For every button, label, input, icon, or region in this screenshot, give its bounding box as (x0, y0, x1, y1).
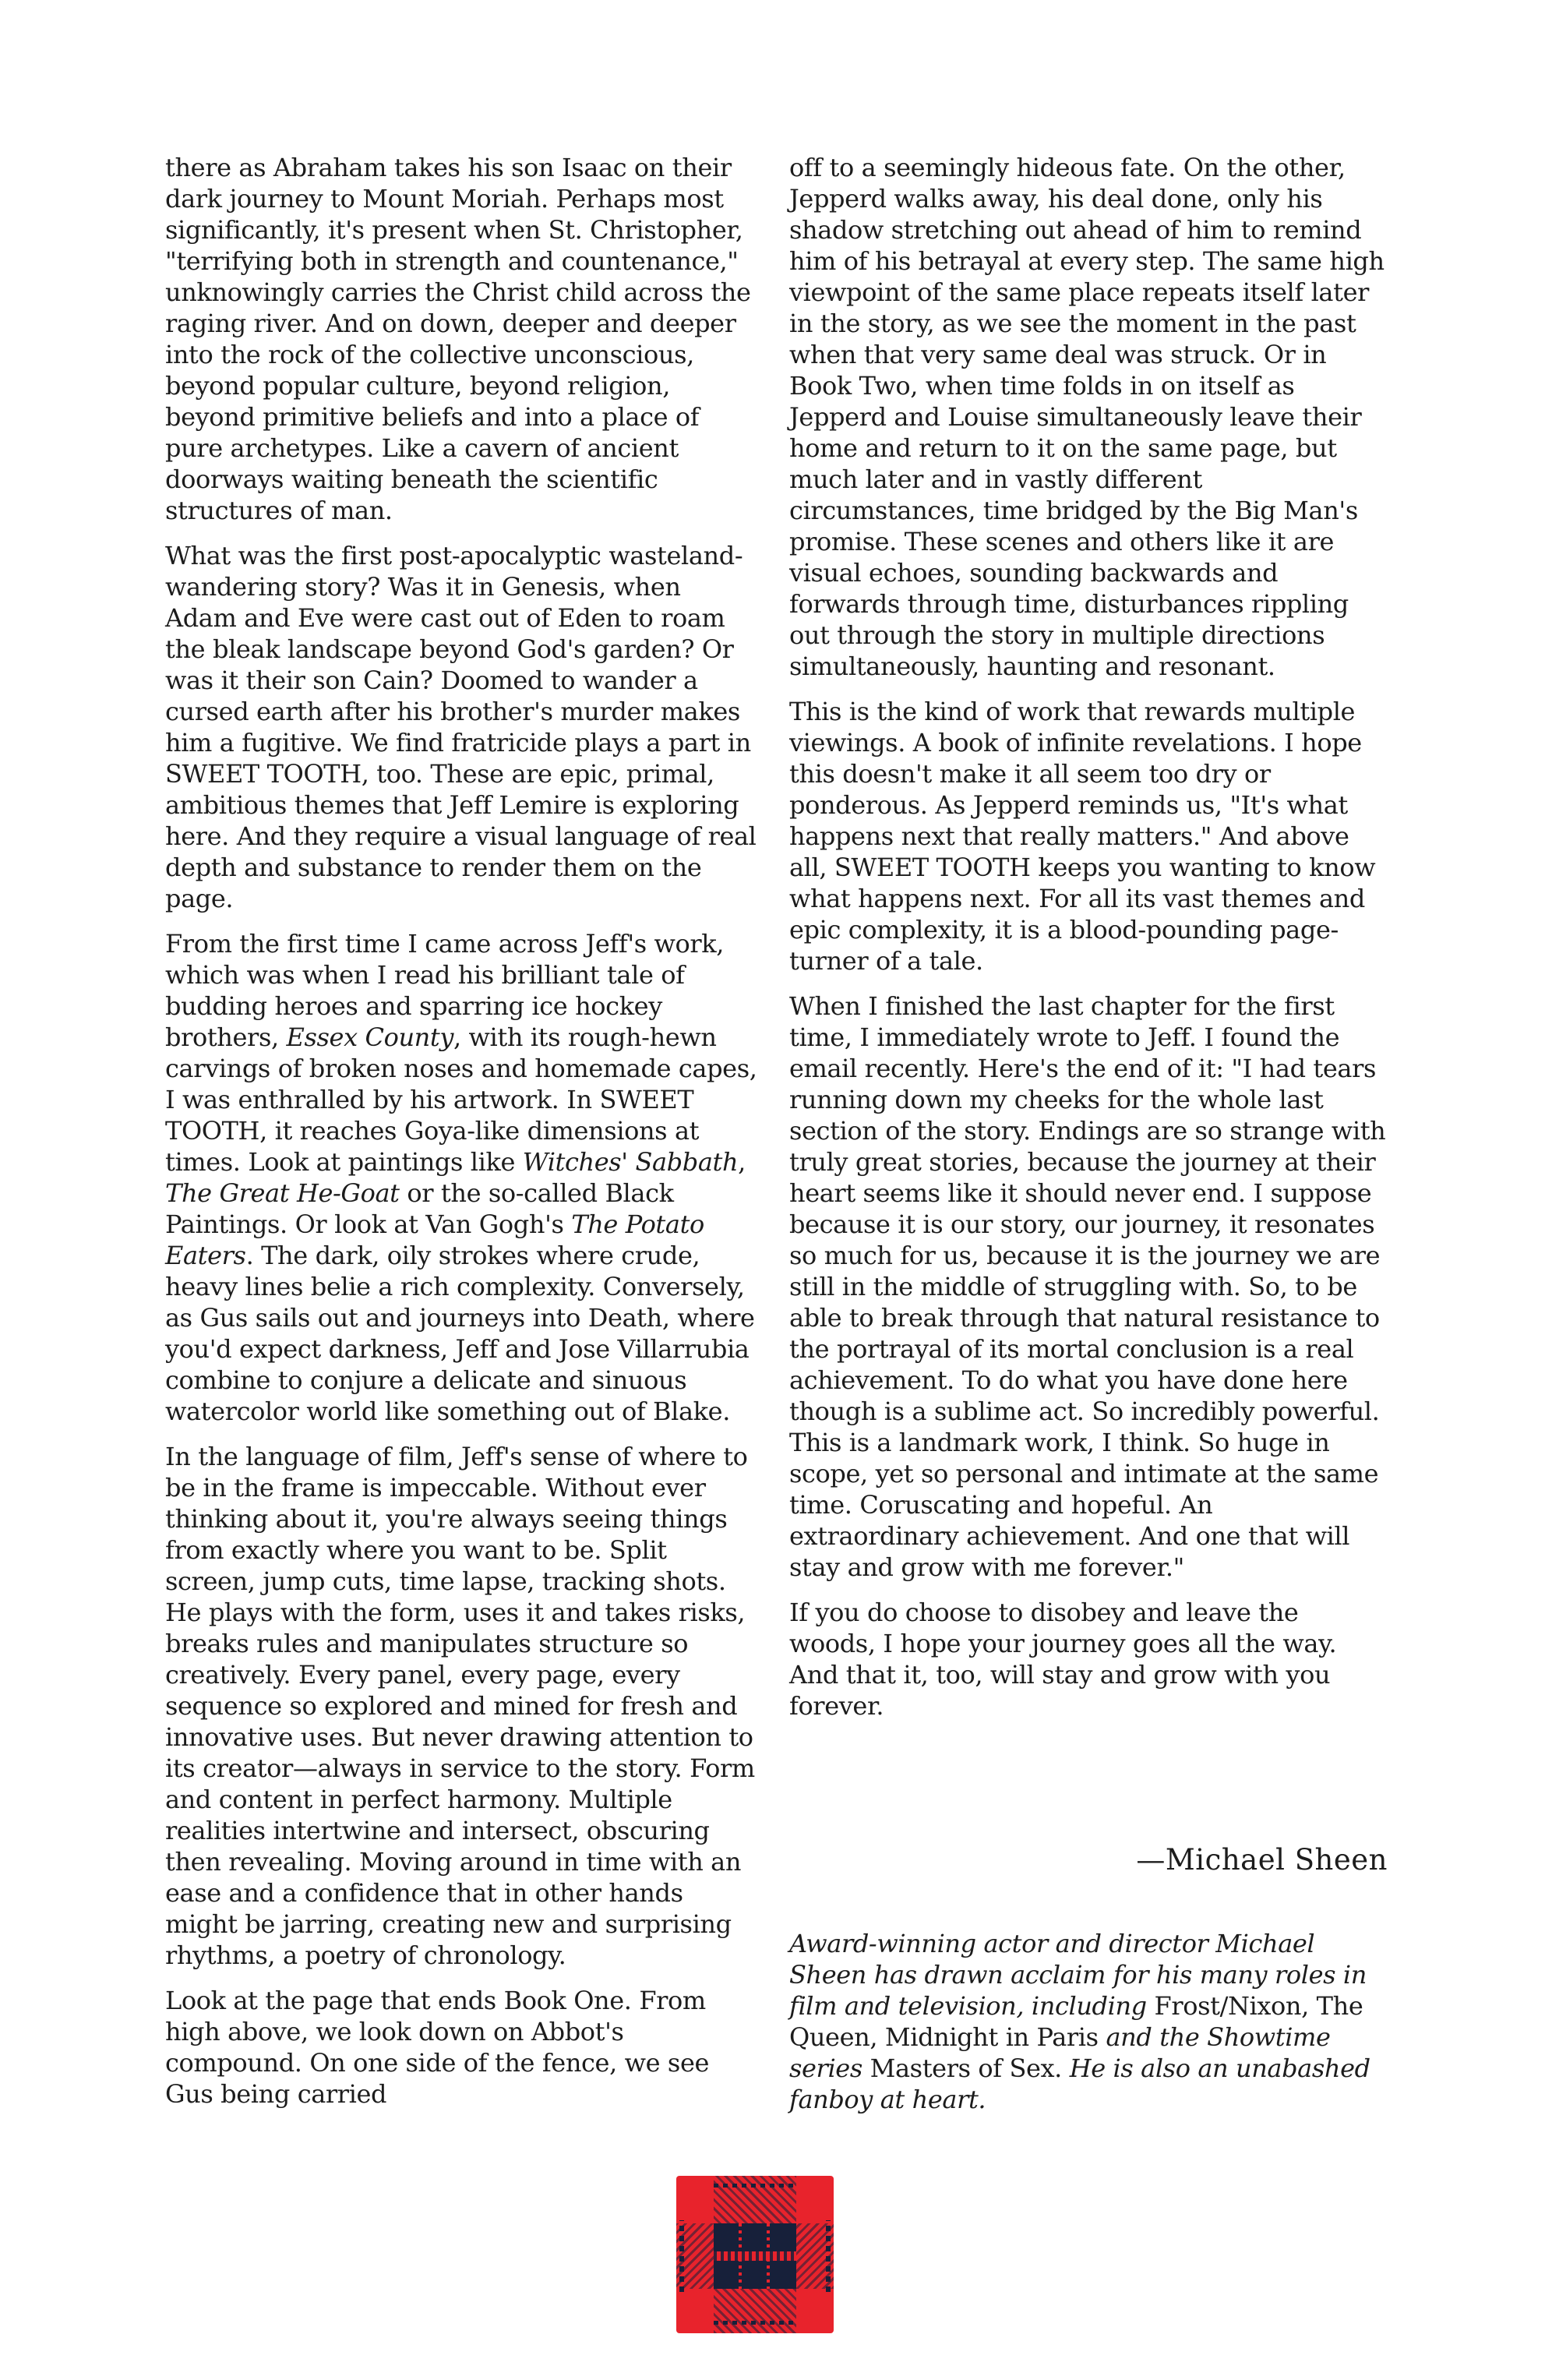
plaid-center-navy-block (714, 2223, 795, 2290)
plaid-top-dashes (714, 2184, 795, 2188)
paragraph-right-3: When I finished the last chapter for the… (789, 990, 1388, 1583)
plaid-tartan-logo (676, 2176, 834, 2333)
plaid-left-edge-dashes (679, 2220, 684, 2293)
paragraph-left-3: From the first time I came across Jeff's… (165, 928, 759, 1427)
scanned-book-page: there as Abraham takes his son Isaac on … (0, 0, 1545, 2380)
author-bio: Award-winning actor and director Michael… (789, 1928, 1388, 2115)
text-column-left: there as Abraham takes his son Isaac on … (165, 152, 759, 2124)
plaid-center-red-stripe (714, 2251, 795, 2261)
plaid-center-dotted-line-1 (739, 2223, 742, 2290)
paragraph-left-4: In the language of film, Jeff's sense of… (165, 1441, 759, 1971)
paragraph-right-4: If you do choose to disobey and leave th… (789, 1597, 1388, 1721)
paragraph-right-2: This is the kind of work that rewards mu… (789, 696, 1388, 976)
paragraph-left-2: What was the first post-apocalyptic wast… (165, 540, 759, 914)
plaid-center-dotted-line-2 (767, 2223, 770, 2290)
author-signature: —Michael Sheen (789, 1842, 1388, 1878)
paragraph-left-5: Look at the page that ends Book One. Fro… (165, 1985, 759, 2110)
plaid-right-edge-dashes (826, 2220, 831, 2293)
paragraph-right-1: off to a seemingly hideous fate. On the … (789, 152, 1388, 682)
text-column-right: off to a seemingly hideous fate. On the … (789, 152, 1388, 2115)
plaid-bottom-dashes (714, 2321, 795, 2325)
paragraph-left-1: there as Abraham takes his son Isaac on … (165, 152, 759, 526)
